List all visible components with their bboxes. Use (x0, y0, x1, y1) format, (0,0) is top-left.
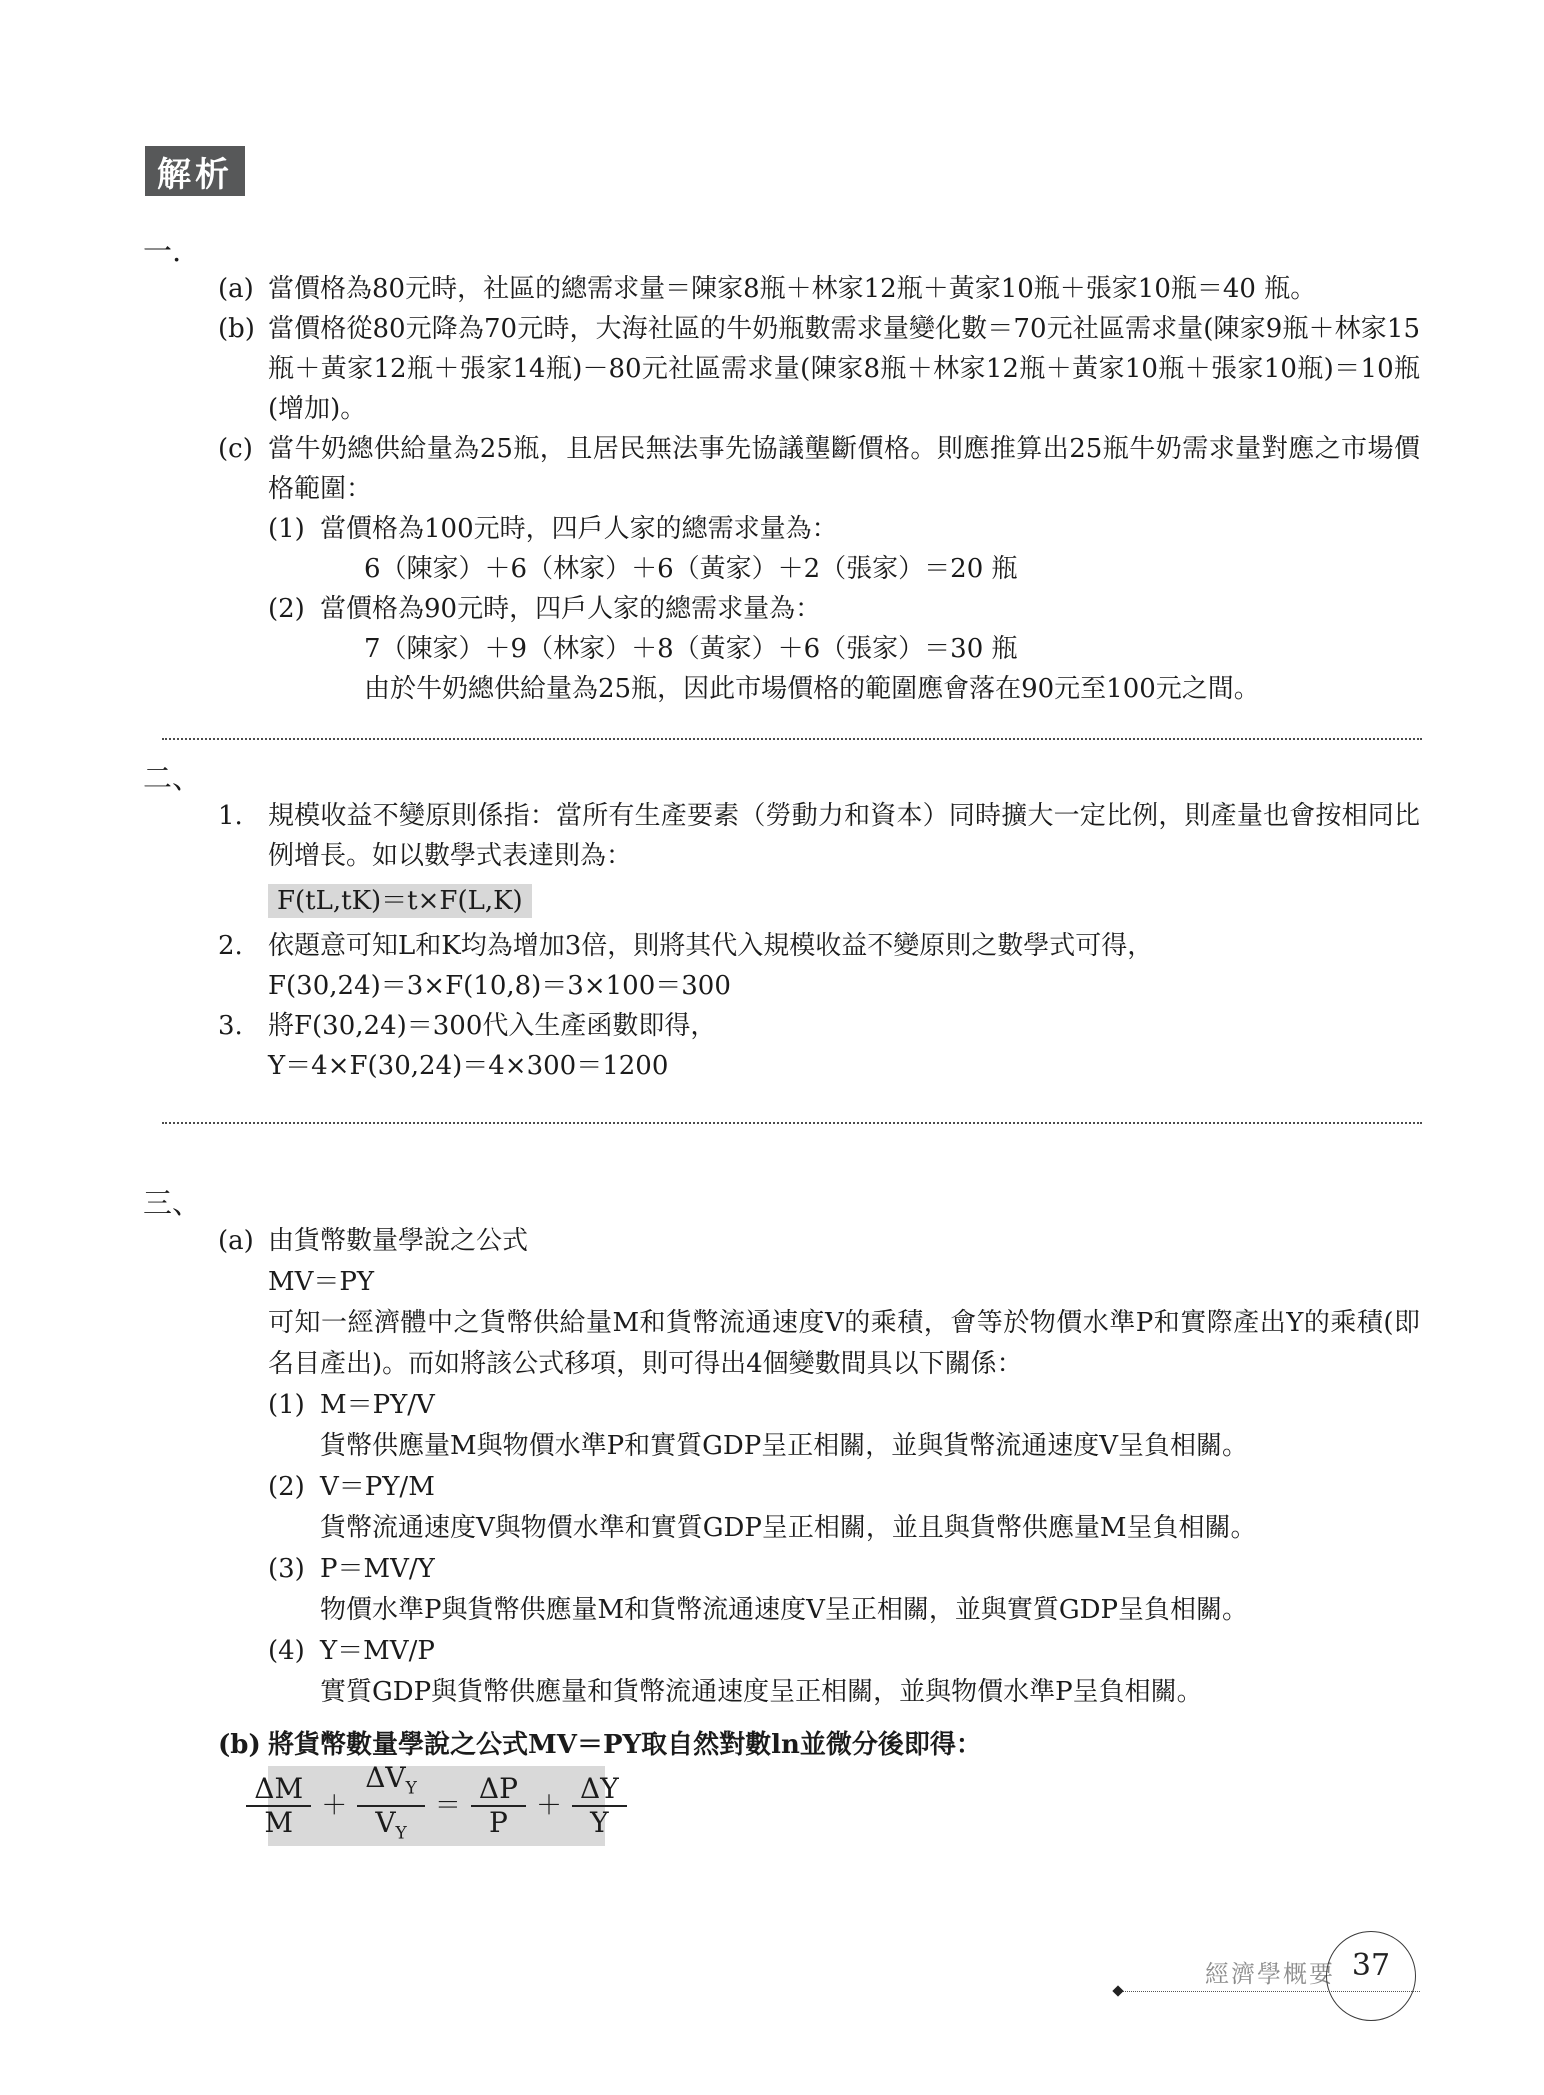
subitem-label: (1) (268, 509, 320, 589)
subitem-label: (2) (268, 589, 320, 709)
subitem-3a-3: (3) P＝MV/Y 物價水準P與貨幣供應量M和貨幣流通速度V呈正相關，並與實質… (268, 1549, 1420, 1631)
equation-box: ΔM M ＋ ΔVY VY ＝ ΔP P ＋ (268, 1766, 605, 1846)
footer-book-title: 經濟學概要 (1205, 1954, 1335, 1989)
plus-operator: ＋ (321, 1790, 347, 1822)
section-1: 一. (a) 當價格為80元時，社區的總需求量＝陳家8瓶＋林家12瓶＋黃家10瓶… (0, 233, 1544, 709)
item-3a: (a) 由貨幣數量學說之公式 MV＝PY 可知一經濟體中之貨幣供給量M和貨幣流通… (218, 1221, 1420, 1713)
item-label: 3. (218, 1006, 268, 1086)
item-text: 規模收益不變原則係指：當所有生產要素（勞動力和資本）同時擴大一定比例，則產量也會… (268, 796, 1420, 876)
denominator: VY (357, 1805, 425, 1850)
formula-line: MV＝PY (268, 1262, 1420, 1303)
fraction-dv-v: ΔVY VY (357, 1762, 425, 1849)
section-2: 二、 1. 規模收益不變原則係指：當所有生產要素（勞動力和資本）同時擴大一定比例… (0, 760, 1544, 1086)
subitem-note: 貨幣流通速度V與物價水準和實質GDP呈正相關，並且與貨幣供應量M呈負相關。 (320, 1508, 1420, 1549)
section-2-marker: 二、 (143, 760, 1544, 796)
section-1-marker: 一. (143, 233, 1544, 269)
document-page: 解析 一. (a) 當價格為80元時，社區的總需求量＝陳家8瓶＋林家12瓶＋黃家… (0, 0, 1544, 2095)
subitem-label: (1) (268, 1385, 320, 1467)
item-1c: (c) 當牛奶總供給量為25瓶，且居民無法事先協議壟斷價格。則應推算出25瓶牛奶… (218, 429, 1420, 709)
dotted-divider (162, 738, 1422, 740)
numerator: ΔY (572, 1773, 627, 1805)
page-number: 37 (1352, 1948, 1390, 1983)
formula-line: Y＝4×F(30,24)＝4×300＝1200 (268, 1046, 1420, 1086)
subitem-3a-1: (1) M＝PY/V 貨幣供應量M與物價水準P和實質GDP呈正相關，並與貨幣流通… (268, 1385, 1420, 1467)
subitem-note: 實質GDP與貨幣供應量和貨幣流通速度呈正相關，並與物價水準P呈負相關。 (320, 1672, 1420, 1713)
item-label: 1. (218, 796, 268, 926)
subitem-3a-4: (4) Y＝MV/P 實質GDP與貨幣供應量和貨幣流通速度呈正相關，並與物價水準… (268, 1631, 1420, 1713)
denominator: P (471, 1805, 526, 1839)
subitem-note: 貨幣供應量M與物價水準P和實質GDP呈正相關，並與貨幣流通速度V呈負相關。 (320, 1426, 1420, 1467)
item-2-3: 3. 將F(30,24)＝300代入生產函數即得， Y＝4×F(30,24)＝4… (218, 1006, 1420, 1086)
item-line: 可知一經濟體中之貨幣供給量M和貨幣流通速度V的乘積，會等於物價水準P和實際產出Y… (268, 1303, 1420, 1385)
item-1a: (a) 當價格為80元時，社區的總需求量＝陳家8瓶＋林家12瓶＋黃家10瓶＋張家… (218, 269, 1420, 309)
formula-line: 7（陳家）＋9（林家）＋8（黃家）＋6（張家）＝30 瓶 (364, 629, 1420, 669)
item-label: (a) (218, 269, 268, 309)
item-text: 將F(30,24)＝300代入生產函數即得， (268, 1006, 1420, 1046)
note-line: 由於牛奶總供給量為25瓶，因此市場價格的範圍應會落在90元至100元之間。 (364, 669, 1420, 709)
subitem-1c-2: (2) 當價格為90元時，四戶人家的總需求量為： 7（陳家）＋9（林家）＋8（黃… (268, 589, 1420, 709)
fraction-dp-p: ΔP P (471, 1773, 526, 1839)
diamond-icon (1112, 1985, 1123, 1996)
section-3: 三、 (a) 由貨幣數量學說之公式 MV＝PY 可知一經濟體中之貨幣供給量M和貨… (0, 1185, 1544, 1846)
item-text: 將貨幣數量學說之公式MV＝PY取自然對數ln並微分後即得： (268, 1725, 1420, 1766)
item-3b: (b) 將貨幣數量學說之公式MV＝PY取自然對數ln並微分後即得： ΔM M ＋… (218, 1725, 1420, 1846)
item-2-1: 1. 規模收益不變原則係指：當所有生產要素（勞動力和資本）同時擴大一定比例，則產… (218, 796, 1420, 926)
formula-line: 6（陳家）＋6（林家）＋6（黃家）＋2（張家）＝20 瓶 (364, 549, 1420, 589)
item-1b: (b) 當價格從80元降為70元時，大海社區的牛奶瓶數需求量變化數＝70元社區需… (218, 309, 1420, 429)
analysis-badge: 解析 (145, 146, 245, 196)
subitem-text: 當價格為100元時，四戶人家的總需求量為： (320, 509, 1420, 549)
item-label: (c) (218, 429, 268, 709)
item-label: 2. (218, 926, 268, 1006)
section-3-marker: 三、 (143, 1185, 1544, 1221)
subitem-label: (2) (268, 1467, 320, 1549)
item-text: 依題意可知L和K均為增加3倍，則將其代入規模收益不變原則之數學式可得， (268, 926, 1420, 966)
highlight-line: F(tL,tK)＝t×F(L,K) (268, 876, 1420, 926)
denominator: M (246, 1805, 311, 1839)
fraction-dm-m: ΔM M (246, 1773, 311, 1839)
item-line: 由貨幣數量學說之公式 (268, 1221, 1420, 1262)
subitem-3a-2: (2) V＝PY/M 貨幣流通速度V與物價水準和實質GDP呈正相關，並且與貨幣供… (268, 1467, 1420, 1549)
equals-operator: ＝ (435, 1790, 461, 1822)
page-number-circle: 37 (1326, 1931, 1416, 2021)
item-text: 當價格從80元降為70元時，大海社區的牛奶瓶數需求量變化數＝70元社區需求量(陳… (268, 309, 1420, 429)
subitem-formula: Y＝MV/P (320, 1631, 1420, 1672)
subitem-formula: P＝MV/Y (320, 1549, 1420, 1590)
subitem-text: 當價格為90元時，四戶人家的總需求量為： (320, 589, 1420, 629)
item-label: (a) (218, 1221, 268, 1713)
numerator: ΔM (246, 1773, 311, 1805)
numerator: ΔVY (357, 1762, 425, 1805)
item-text: 當價格為80元時，社區的總需求量＝陳家8瓶＋林家12瓶＋黃家10瓶＋張家10瓶＝… (268, 269, 1420, 309)
item-2-2: 2. 依題意可知L和K均為增加3倍，則將其代入規模收益不變原則之數學式可得， F… (218, 926, 1420, 1006)
dotted-divider (162, 1122, 1422, 1124)
subitem-label: (4) (268, 1631, 320, 1713)
subitem-formula: M＝PY/V (320, 1385, 1420, 1426)
formula-line: F(30,24)＝3×F(10,8)＝3×100＝300 (268, 966, 1420, 1006)
item-text: 當牛奶總供給量為25瓶，且居民無法事先協議壟斷價格。則應推算出25瓶牛奶需求量對… (268, 429, 1420, 509)
subitem-1c-1: (1) 當價格為100元時，四戶人家的總需求量為： 6（陳家）＋6（林家）＋6（… (268, 509, 1420, 589)
denominator: Y (572, 1805, 627, 1839)
highlighted-formula: F(tL,tK)＝t×F(L,K) (268, 884, 532, 918)
subitem-label: (3) (268, 1549, 320, 1631)
numerator: ΔP (471, 1773, 526, 1805)
plus-operator: ＋ (536, 1790, 562, 1822)
subitem-formula: V＝PY/M (320, 1467, 1420, 1508)
subitem-note: 物價水準P與貨幣供應量M和貨幣流通速度V呈正相關，並與實質GDP呈負相關。 (320, 1590, 1420, 1631)
fraction-dy-y: ΔY Y (572, 1773, 627, 1839)
item-label: (b) (218, 309, 268, 429)
